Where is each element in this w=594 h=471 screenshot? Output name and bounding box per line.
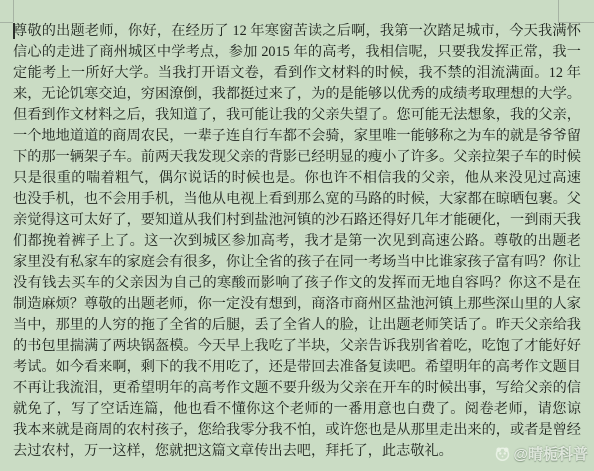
essay-line: 家里没有私家车的家庭会有很多，你让全省的孩子在同一考场当中比谁家孩子富有吗？你让 [13,252,581,273]
text-boundary-mark-top-right-vertical [558,0,559,22]
essay-line: 不再让我流泪，更希望明年的高考作文题不要升级为父亲在开车的时候出事，写给父亲的信 [13,378,581,399]
essay-line: 尊敬的出题老师，你好，在经历了 12 年寒窗苦读之后啊，我第一次踏足城市，今天我… [13,21,581,42]
essay-line: 制造麻烦？尊敬的出题老师，你一定没有想到，商洛市商州区盐池河镇上那些深山里的人家 [13,294,581,315]
watermark-text: @晴栀科普 [513,443,588,464]
essay-line: 考试。如今看来啊，剩下的我不用吃了，还是带回去准备复读吧。希望明年的高考作文题目 [13,357,581,378]
essay-line: 定能考上一所好大学。当我打开语文卷，看到作文材料的时候，我不禁的泪流满面。12 … [13,63,581,84]
essay-line: 一个地地道道的商周农民，一辈子连自行车都不会骑，家里唯一能够称之为车的就是爷爷留 [13,126,581,147]
essay-line: 亲觉得这可太好了，要知道从我们村到盐池河镇的沙石路还得好几年才能硬化，一到雨天我 [13,210,581,231]
essay-line: 我本来就是商周的农村孩子，您给我零分我不怕，或许您也是从那里走出来的，或者是曾经 [13,420,581,441]
essay-line: 的书包里揣满了两块锅盔模。今天早上我吃了半块，父亲告诉我别省着吃，吃饱了才能好好 [13,336,581,357]
essay-line: 当中，那里的人穷的拖了全省的后腿，丢了全省人的脸，让出题老师笑话了。昨天父亲给我 [13,315,581,336]
essay-line: 也没手机，也不会用手机，当他从电视上看到那么宽的马路的时候，大家都在晾晒包裹。父 [13,189,581,210]
essay-line: 们都挽着裤子上了。这一次到城区参加高考，我才是第一次见到高速公路。尊敬的出题老师… [13,231,581,252]
text-boundary-mark-top-left-vertical [13,0,14,22]
essay-line: 但看到作文材料之后，我知道了，我可能让我的父亲失望了。您可能无法想象，我的父亲， [13,105,581,126]
panda-icon [495,446,510,461]
text-boundary-mark-top-left-horizontal [0,22,13,23]
essay-line: 就免了，写了空话连篇，他也看不懂你这个老师的一番用意也白费了。阅卷老师，请您谅解… [13,399,581,420]
essay-line: 只是很重的喘着粗气，偶尔说话的时候也是。你也许不相信我的父亲，他从来没见过高速路… [13,168,581,189]
document-page[interactable]: 尊敬的出题老师，你好，在经历了 12 年寒窗苦读之后啊，我第一次踏足城市，今天我… [0,0,594,471]
essay-line: 来，无论饥寒交迫，穷困潦倒，我都挺过来了，为的是能够以优秀的成绩考取理想的大学。 [13,84,581,105]
essay-paragraph[interactable]: 尊敬的出题老师，你好，在经历了 12 年寒窗苦读之后啊，我第一次踏足城市，今天我… [13,21,581,462]
watermark: @晴栀科普 [495,443,588,464]
essay-line: 信心的走进了商州城区中学考点，参加 2015 年的高考，我相信呢，只要我发挥正常… [13,42,581,63]
essay-line: 没有钱去买车的父亲因为自己的寒酸而影响了孩子作文的发挥而无地自容吗？你这不是在 [13,273,581,294]
essay-line: 下的那一辆架子车。前两天我发现父亲的背影已经明显的瘦小了许多。父亲拉架子车的时候 [13,147,581,168]
